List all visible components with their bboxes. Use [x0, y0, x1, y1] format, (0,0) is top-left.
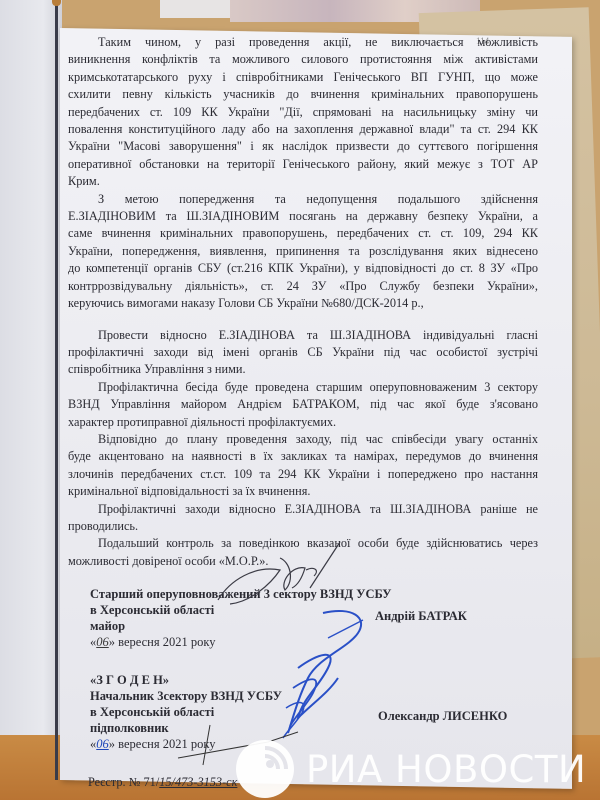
text-line: злочинів передбачених ст.ст. 109 та 294 … — [68, 466, 538, 483]
registry-printed: 71/ — [144, 775, 160, 789]
paragraph-plan: Провести відносно Е.ЗІАДІНОВА та Ш.ЗІАДІ… — [68, 327, 538, 379]
text-line: кримськотатарського руху і співробітника… — [68, 69, 538, 86]
background-left-page — [0, 0, 62, 800]
text-line: З метою попередження та недопущення пода… — [68, 191, 538, 208]
text-line: схилити певну кількість учасників до вчи… — [68, 86, 538, 103]
approver-name: Олександр ЛИСЕНКО — [378, 708, 507, 724]
text-line: саме вчинення кримінальних правопорушень… — [68, 225, 538, 242]
paragraph-focus: Відповідно до плану проведення заходу, п… — [68, 431, 538, 501]
text-line: Таким чином, у разі проведення акції, не… — [68, 34, 538, 51]
officer-title: Старший оперуповноважений 3 сектору ВЗНД… — [90, 586, 538, 602]
text-line: ВЗНД Управління майором Андрієм БАТРАКОМ… — [68, 396, 538, 413]
registry-label: Реєстр. № — [88, 775, 140, 789]
text-line: співробітника Управління з ними. — [68, 361, 538, 378]
paragraph-control: Подальший контроль за поведінкою вказано… — [68, 535, 538, 570]
text-line: оперативної обстановки на території Гені… — [68, 156, 538, 173]
text-line: повалення конституційного ладу або на за… — [68, 121, 538, 138]
approver-rank-row: підполковник Олександр ЛИСЕНКО — [90, 720, 538, 736]
text-line: України, попередження, виявлення, припин… — [68, 243, 538, 260]
text-line: Відповідно до плану проведення заходу, п… — [68, 431, 538, 448]
text-line: виникнення конфліктів та можливого силов… — [68, 51, 538, 68]
officer-region: в Херсонській області — [90, 602, 538, 618]
approver-title: Начальник 3сектору ВЗНД УСБУ — [90, 688, 538, 704]
text-line: до компетенції органів СБУ (ст.216 КПК У… — [68, 260, 538, 277]
document-body: Таким чином, у разі проведення акції, не… — [68, 34, 538, 792]
text-line: Провести відносно Е.ЗІАДІНОВА та Ш.ЗІАДІ… — [68, 327, 538, 344]
paragraph-situation: Таким чином, у разі проведення акції, не… — [68, 34, 538, 191]
text-line: України "Масові заворушення" і як наслід… — [68, 138, 538, 155]
binder-spine — [55, 0, 58, 780]
officer-rank: майор — [90, 619, 125, 633]
officer-name: Андрій БАТРАК — [375, 608, 467, 624]
paragraph-conversation: Профілактична бесіда буде проведена стар… — [68, 379, 538, 431]
text-line: Е.ЗІАДІНОВИМ та Ш.ЗІАДІНОВИМ посягань на… — [68, 208, 538, 225]
paragraph-purpose: З метою попередження та недопущення пода… — [68, 191, 538, 313]
text-line: можливості довіреної особи «М.О.Р.». — [68, 553, 538, 570]
officer-date: «06» вересня 2021 року — [90, 634, 538, 650]
text-line: проводились. — [68, 518, 538, 535]
approval-stamp-text: «З Г О Д Е Н» — [90, 672, 538, 688]
text-line: профілактичні заходи від імені органів С… — [68, 344, 538, 361]
text-line: контррозвідувальну діяльність», ст. 24 З… — [68, 278, 538, 295]
officer-rank-row: майор Андрій БАТРАК — [90, 618, 538, 634]
text-line: Профілактична бесіда буде проведена стар… — [68, 379, 538, 396]
text-line: передбачених ст. 109 КК України "Дії, сп… — [68, 104, 538, 121]
paragraph-history: Профілактичні заходи відносно Е.ЗІАДІНОВ… — [68, 501, 538, 536]
background-tag — [160, 0, 235, 18]
registry-handwritten: 15/473-3153-ск — [159, 775, 237, 789]
signature-block-officer: Старший оперуповноважений 3 сектору ВЗНД… — [90, 586, 538, 650]
date-day-handwritten: 06 — [96, 635, 109, 649]
watermark-text: РИА НОВОСТИ — [306, 748, 586, 791]
text-line: Подальший контроль за поведінкою вказано… — [68, 535, 538, 552]
ria-logo-icon — [234, 738, 296, 800]
text-line: буде акцентовано на наявності в їх закли… — [68, 448, 538, 465]
date-day-handwritten: 06 — [96, 737, 109, 751]
text-line: кримінальної відповідальності за їх вчин… — [68, 483, 538, 500]
text-line: характер протиправної діяльності профіла… — [68, 414, 538, 431]
text-line: керуючись вимогами наказу Голови СБ Укра… — [68, 295, 538, 312]
approver-rank: підполковник — [90, 721, 169, 735]
text-line: Профілактичні заходи відносно Е.ЗІАДІНОВ… — [68, 501, 538, 518]
ria-novosti-watermark: РИА НОВОСТИ — [234, 738, 586, 800]
text-line: Крим. — [68, 173, 538, 190]
